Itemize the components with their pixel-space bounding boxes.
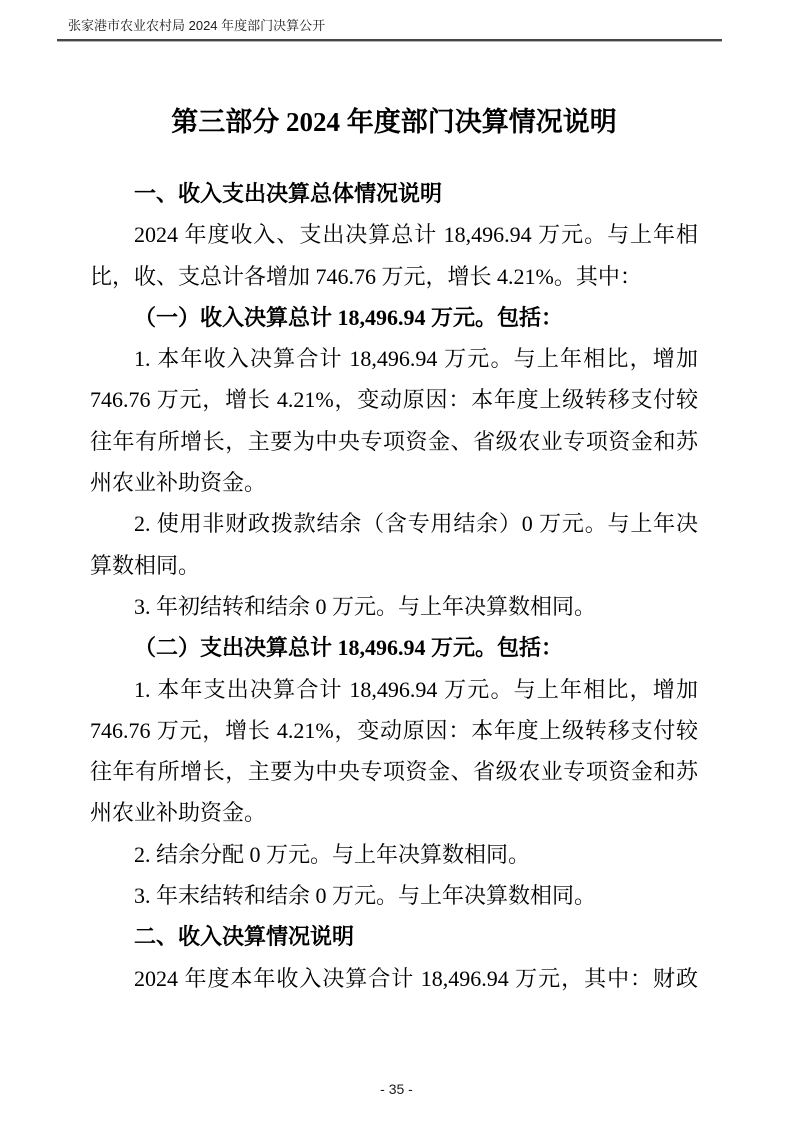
document-page: 张家港市农业农村局 2024 年度部门决算公开 第三部分 2024 年度部门决算… <box>0 0 793 1122</box>
document-body: 第三部分 2024 年度部门决算情况说明 一、收入支出决算总体情况说明 2024… <box>90 0 698 999</box>
section-heading-income-expenditure-overview: 一、收入支出决算总体情况说明 <box>90 173 698 214</box>
paragraph-expenditure-item-3: 3. 年末结转和结余 0 万元。与上年决算数相同。 <box>90 875 698 916</box>
paragraph-expenditure-item-2: 2. 结余分配 0 万元。与上年决算数相同。 <box>90 834 698 875</box>
subheading-income-total: （一）收入决算总计 18,496.94 万元。包括： <box>90 297 698 338</box>
paragraph-income-details-intro: 2024 年度本年收入决算合计 18,496.94 万元，其中：财政 <box>90 958 698 999</box>
subheading-expenditure-total: （二）支出决算总计 18,496.94 万元。包括： <box>90 627 698 668</box>
paragraph-income-item-3: 3. 年初结转和结余 0 万元。与上年决算数相同。 <box>90 586 698 627</box>
paragraph-income-item-2: 2. 使用非财政拨款结余（含专用结余）0 万元。与上年决算数相同。 <box>90 503 698 586</box>
paragraph-income-item-1: 1. 本年收入决算合计 18,496.94 万元。与上年相比，增加 746.76… <box>90 338 698 503</box>
page-footer: - 35 - <box>0 1081 793 1097</box>
section-heading-income-details: 二、收入决算情况说明 <box>90 916 698 957</box>
paragraph-expenditure-item-1: 1. 本年支出决算合计 18,496.94 万元。与上年相比，增加 746.76… <box>90 669 698 834</box>
paragraph-total-overview: 2024 年度收入、支出决算总计 18,496.94 万元。与上年相比，收、支总… <box>90 214 698 297</box>
page-title: 第三部分 2024 年度部门决算情况说明 <box>90 101 698 143</box>
page-number: - 35 - <box>380 1081 413 1097</box>
